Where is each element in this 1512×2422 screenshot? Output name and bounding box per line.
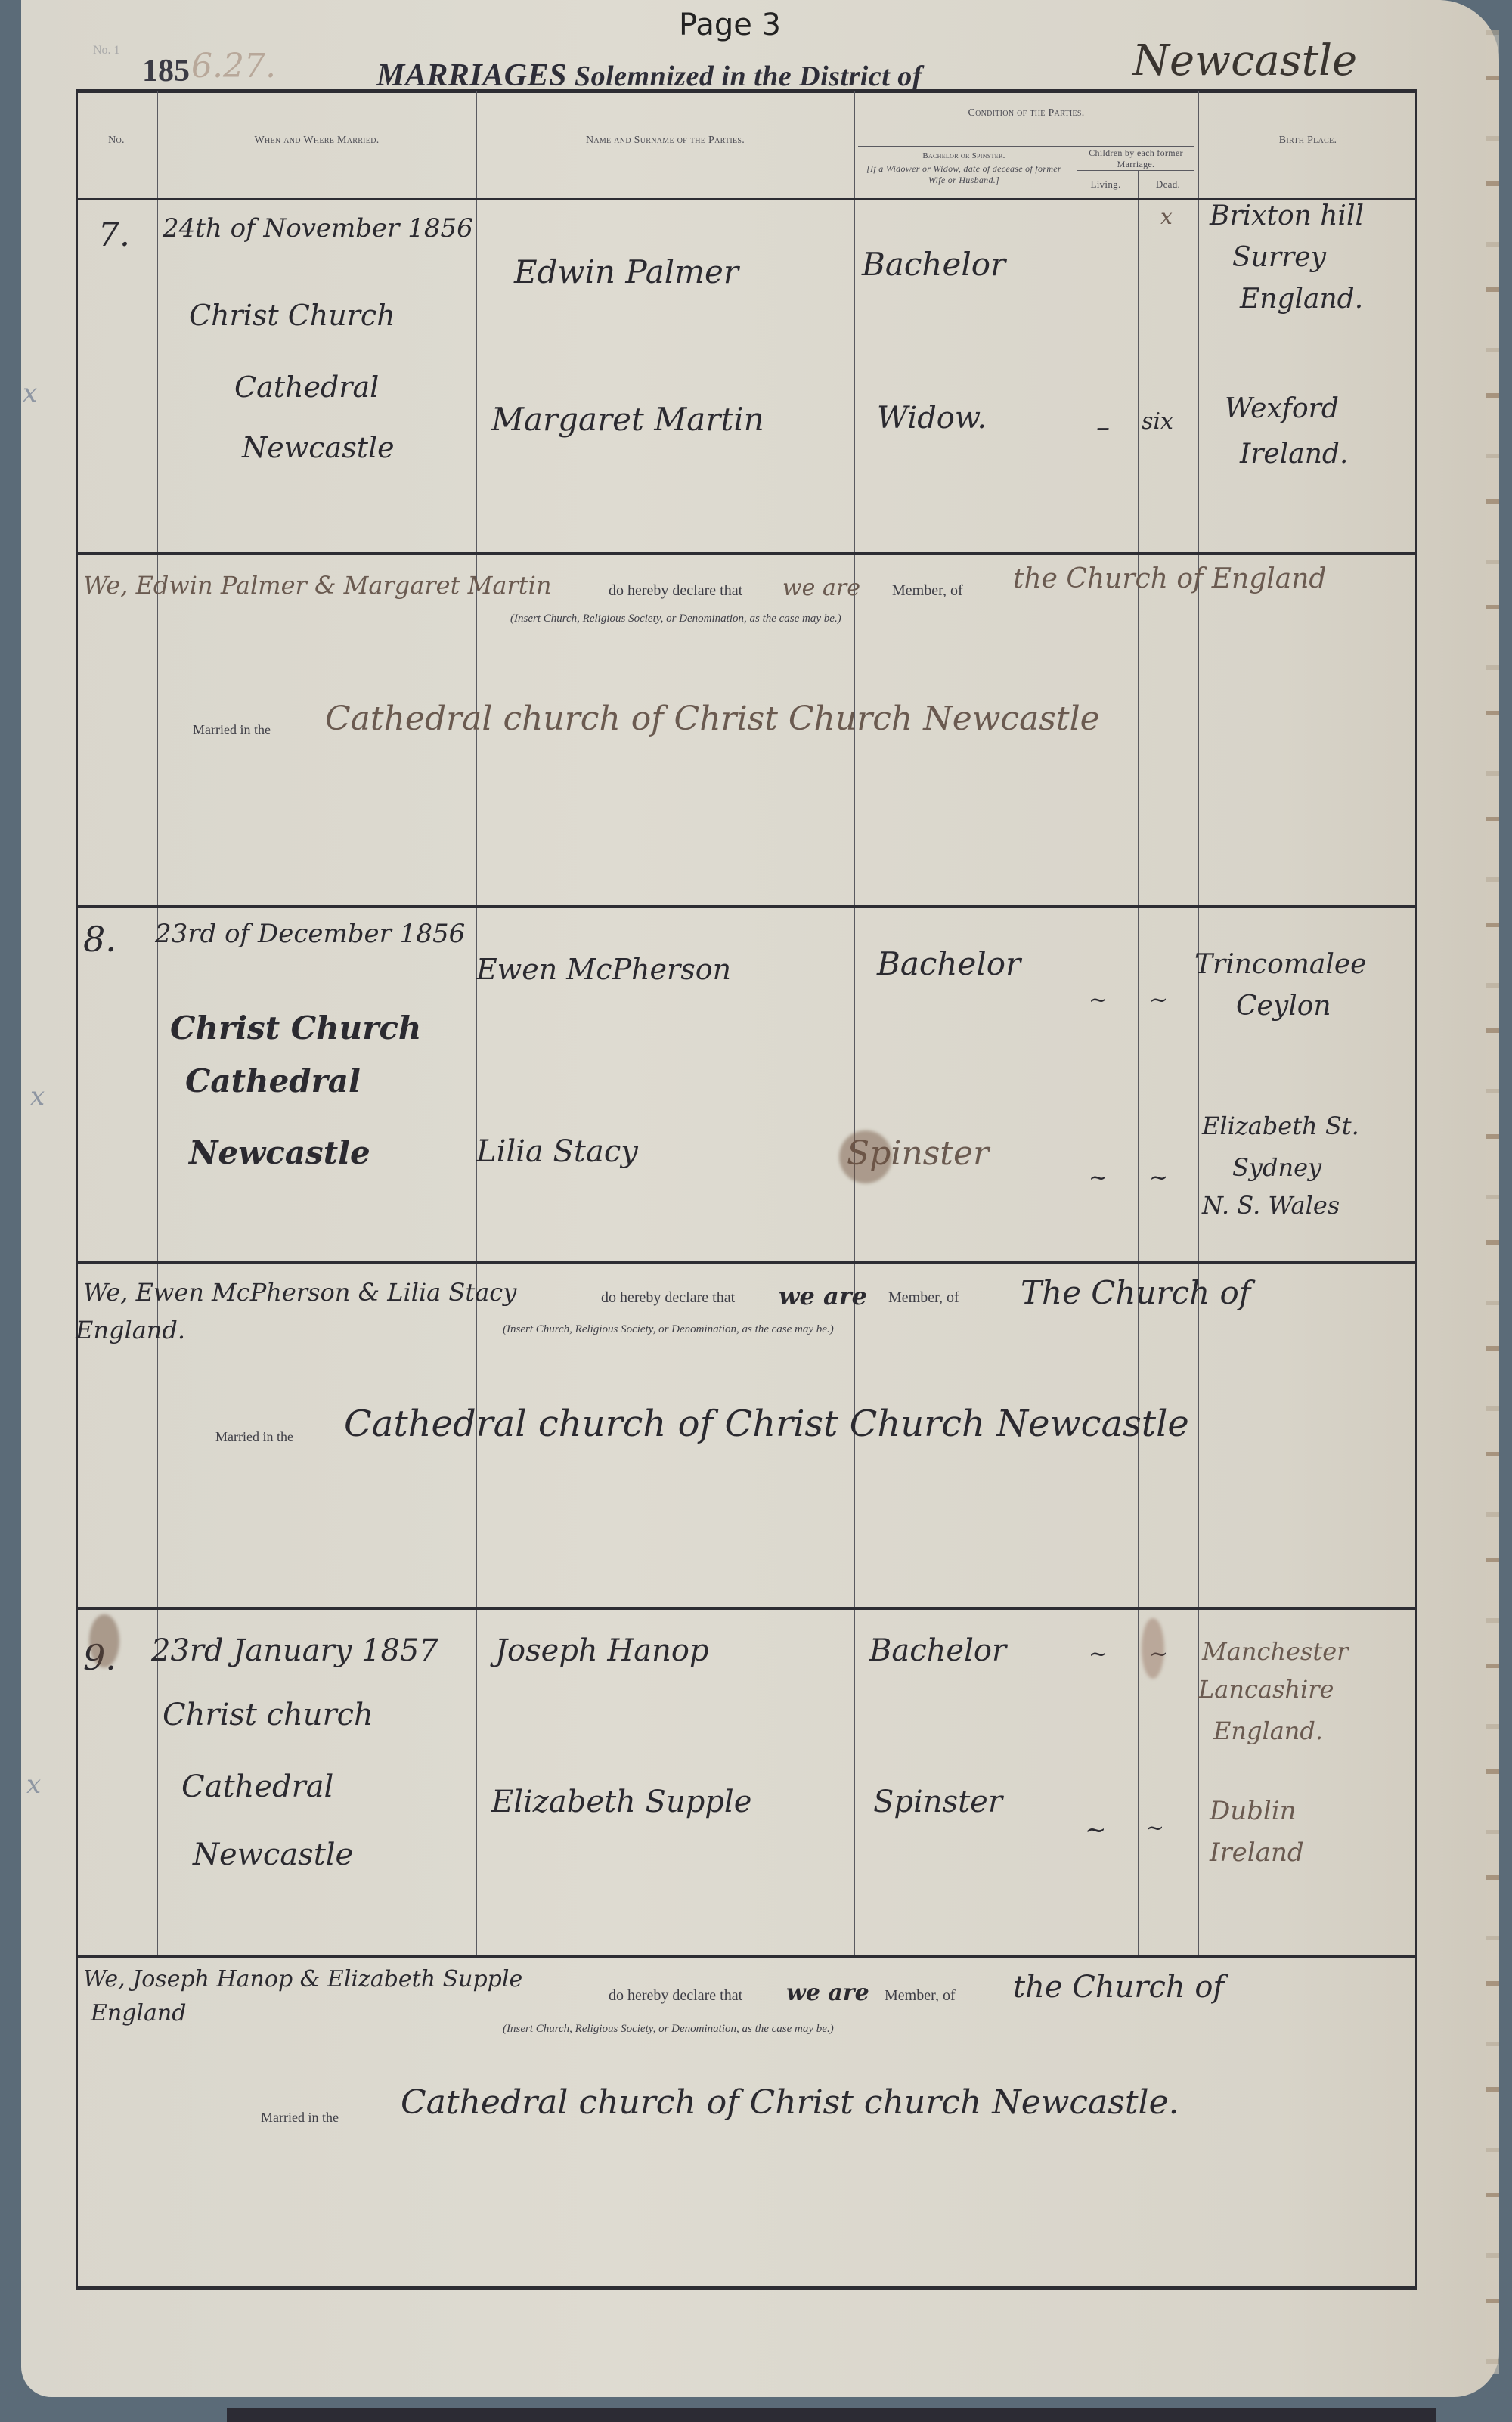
groom-children-living: ~ bbox=[1089, 987, 1108, 1013]
declaration-denomination: the Church of England bbox=[1013, 563, 1326, 594]
colhead-dead: Dead. bbox=[1138, 178, 1198, 191]
colhead-birth-place: Birth Place. bbox=[1198, 135, 1417, 147]
bride-name: Elizabeth Supple bbox=[491, 1785, 751, 1819]
col-divider-names bbox=[854, 91, 855, 1958]
declaration-insert-note: (Insert Church, Religious Society, or De… bbox=[503, 1323, 834, 1336]
declaration-label-member-of: Member, of bbox=[888, 1289, 959, 1307]
colhead-bachelor-spinster: Bachelor or Spinster. bbox=[854, 151, 1074, 160]
marriage-place-line-3: Newcastle bbox=[193, 1837, 353, 1872]
title-marriages: MARRIAGES bbox=[376, 58, 567, 93]
declaration-label-member-of: Member, of bbox=[885, 1987, 956, 2005]
declaration-7-divider bbox=[76, 905, 1417, 908]
groom-condition: Bachelor bbox=[862, 246, 1005, 283]
colhead-children: Children by each former Marriage. bbox=[1074, 147, 1198, 170]
marriage-place-line-1: Christ Church bbox=[189, 299, 395, 332]
bride-birthplace-line-1: Dublin bbox=[1210, 1796, 1297, 1826]
marriage-date: 24th of November 1856 bbox=[163, 213, 473, 243]
groom-birthplace-line-3: England. bbox=[1213, 1716, 1323, 1745]
declaration-label-do-hereby: do hereby declare that bbox=[609, 582, 742, 600]
marriage-place-line-2: Cathedral bbox=[181, 1769, 333, 1804]
district-name: Newcastle bbox=[1132, 36, 1357, 85]
ink-blot bbox=[1142, 1618, 1164, 1679]
children-subline bbox=[1077, 170, 1194, 171]
married-in-value: Cathedral church of Christ Church Newcas… bbox=[344, 1403, 1189, 1445]
year-handwritten: 6.27. bbox=[191, 47, 276, 85]
colhead-condition: Condition of the Parties. bbox=[854, 107, 1198, 119]
declaration-we-are: we are bbox=[779, 1282, 867, 1310]
header-bottom-line bbox=[76, 198, 1417, 200]
col-divider-condition bbox=[1074, 147, 1074, 1958]
declaration-label-do-hereby: do hereby declare that bbox=[609, 1987, 742, 2005]
bride-birthplace-line-2: Ireland bbox=[1210, 1837, 1304, 1868]
bride-children-dead: ~ bbox=[1149, 1164, 1168, 1191]
groom-condition: Bachelor bbox=[877, 945, 1021, 982]
margin-checkmark: x bbox=[26, 1769, 41, 1800]
entry-9-divider bbox=[76, 1955, 1417, 1958]
colhead-living: Living. bbox=[1074, 178, 1138, 191]
register-number-annotation: No. 1 bbox=[93, 44, 120, 57]
margin-checkmark: x bbox=[23, 378, 37, 408]
bride-birthplace-line-3: N. S. Wales bbox=[1202, 1191, 1340, 1220]
groom-birthplace-line-1: Manchester bbox=[1202, 1637, 1348, 1666]
marriage-place-line-1: Christ Church bbox=[170, 1009, 421, 1047]
ink-blot bbox=[89, 1614, 119, 1667]
year-printed: 185 bbox=[142, 53, 190, 89]
page-edge bbox=[1486, 30, 1499, 2374]
register-title: MARRIAGES Solemnized in the District of bbox=[376, 57, 922, 94]
declaration-names: We, Joseph Hanop & Elizabeth Supple bbox=[83, 1966, 522, 1992]
ink-blot bbox=[839, 1130, 892, 1183]
married-in-label: Married in the bbox=[261, 2110, 339, 2126]
groom-name: Joseph Hanop bbox=[495, 1633, 709, 1668]
bride-children-dead: six bbox=[1142, 408, 1173, 435]
colhead-when-where: When and Where Married. bbox=[157, 135, 476, 147]
married-in-value: Cathedral church of Christ Church Newcas… bbox=[325, 699, 1100, 738]
groom-birthplace-line-2: Lancashire bbox=[1198, 1675, 1334, 1704]
marriage-date: 23rd of December 1856 bbox=[155, 919, 465, 949]
bride-condition: Widow. bbox=[877, 401, 987, 436]
declaration-label-member-of: Member, of bbox=[892, 582, 963, 600]
groom-name: Edwin Palmer bbox=[514, 253, 739, 290]
married-in-label: Married in the bbox=[193, 722, 271, 738]
marriage-date: 23rd January 1857 bbox=[151, 1633, 438, 1668]
col-divider-no bbox=[157, 91, 158, 1958]
declaration-8-divider bbox=[76, 1607, 1417, 1610]
groom-birthplace-line-2: Ceylon bbox=[1236, 991, 1331, 1022]
marriage-place-line-3: Newcastle bbox=[189, 1134, 370, 1171]
groom-birthplace-line-1: Trincomalee bbox=[1194, 949, 1366, 980]
declaration-names: We, Edwin Palmer & Margaret Martin bbox=[83, 571, 551, 600]
groom-children-dead: x bbox=[1160, 204, 1173, 229]
marriage-place-line-2: Cathedral bbox=[185, 1062, 361, 1099]
groom-name: Ewen McPherson bbox=[476, 953, 731, 986]
bride-name: Lilia Stacy bbox=[476, 1134, 638, 1169]
bride-children-living: – bbox=[1096, 412, 1110, 443]
bride-name: Margaret Martin bbox=[491, 401, 764, 438]
declaration-names: We, Ewen McPherson & Lilia Stacy bbox=[83, 1278, 516, 1307]
marriage-place-line-3: Newcastle bbox=[242, 431, 395, 464]
colhead-widow-note: [If a Widower or Widow, date of decease … bbox=[858, 163, 1070, 186]
groom-children-dead: ~ bbox=[1149, 987, 1168, 1013]
entry-number: 8. bbox=[83, 919, 116, 960]
entry-8-divider bbox=[76, 1261, 1417, 1264]
colhead-no: No. bbox=[76, 135, 157, 147]
page-header: No. 1 Page 3 185 6.27. MARRIAGES Solemni… bbox=[21, 30, 1499, 91]
bride-birthplace-line-1: Elizabeth St. bbox=[1202, 1112, 1359, 1140]
declaration-insert-note: (Insert Church, Religious Society, or De… bbox=[503, 2023, 834, 2036]
col-divider-living bbox=[1138, 170, 1139, 1958]
declaration-denomination-cont: England. bbox=[76, 1316, 185, 1344]
declaration-denomination: The Church of bbox=[1021, 1274, 1250, 1311]
bride-children-living: ~ bbox=[1089, 1164, 1108, 1191]
title-rest: Solemnized in the District of bbox=[575, 60, 922, 92]
bride-condition: Spinster bbox=[873, 1785, 1002, 1819]
declaration-label-do-hereby: do hereby declare that bbox=[601, 1289, 735, 1307]
colhead-names: Name and Surname of the Parties. bbox=[476, 135, 854, 147]
condition-subline bbox=[858, 146, 1194, 147]
married-in-label: Married in the bbox=[215, 1429, 293, 1445]
entry-number: 7. bbox=[98, 216, 130, 254]
col-divider-when bbox=[476, 91, 477, 1958]
page-label: Page 3 bbox=[679, 8, 781, 42]
bride-children-dead: ~ bbox=[1145, 1815, 1164, 1841]
married-in-value: Cathedral church of Christ church Newcas… bbox=[401, 2083, 1179, 2122]
declaration-denomination: the Church of bbox=[1013, 1970, 1224, 2005]
declaration-we-are: we are bbox=[782, 575, 860, 601]
margin-checkmark: x bbox=[30, 1081, 45, 1112]
groom-birthplace-line-3: England. bbox=[1240, 284, 1363, 315]
groom-birthplace-line-2: Surrey bbox=[1232, 242, 1326, 273]
bride-birthplace-line-2: Ireland. bbox=[1240, 439, 1348, 470]
book-shadow-bottom bbox=[227, 2408, 1436, 2422]
declaration-denomination-cont: England bbox=[91, 2000, 186, 2027]
groom-children-living: ~ bbox=[1089, 1641, 1108, 1667]
bride-children-living: ~ bbox=[1085, 1815, 1107, 1845]
bride-birthplace-line-1: Wexford bbox=[1225, 393, 1339, 424]
groom-condition: Bachelor bbox=[869, 1633, 1006, 1668]
declaration-insert-note: (Insert Church, Religious Society, or De… bbox=[510, 612, 841, 625]
declaration-we-are: we are bbox=[786, 1980, 869, 2006]
marriage-place-line-1: Christ church bbox=[163, 1698, 373, 1732]
groom-birthplace-line-1: Brixton hill bbox=[1210, 200, 1364, 231]
entry-7-divider bbox=[76, 552, 1417, 555]
bride-birthplace-line-2: Sydney bbox=[1232, 1153, 1321, 1182]
marriage-place-line-2: Cathedral bbox=[234, 371, 379, 404]
